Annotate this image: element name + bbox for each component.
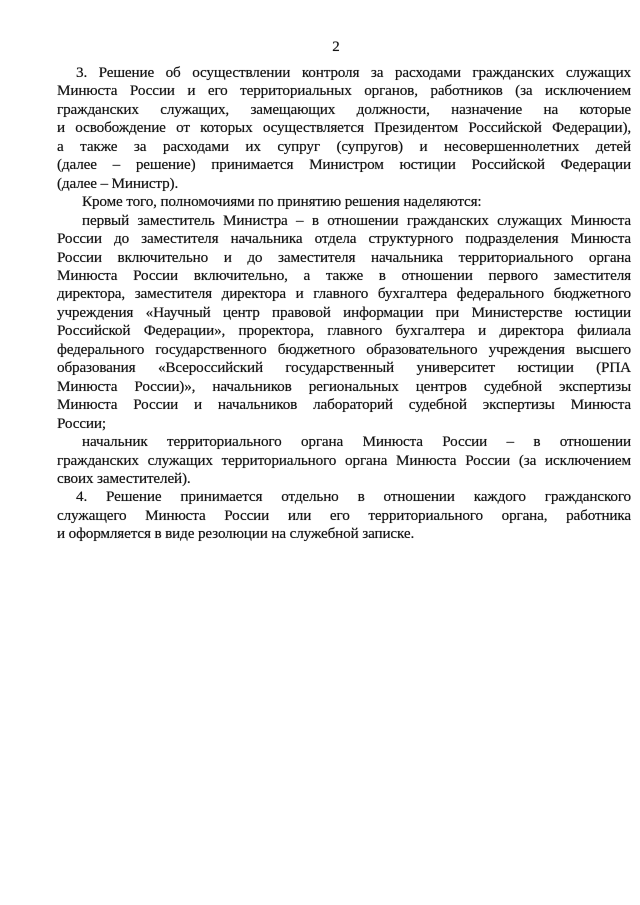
text-line: директора, заместителя директора и главн… [57, 285, 631, 303]
text-line: Кроме того, полномочиями по принятию реш… [57, 193, 631, 211]
text-line: образования «Всероссийский государственн… [57, 359, 631, 377]
text-line: России включительно и до заместителя нач… [57, 249, 631, 267]
page-number: 2 [0, 39, 640, 56]
text-line: гражданских служащих, замещающих должнос… [57, 101, 631, 119]
text-line: первый заместитель Министра – в отношени… [57, 212, 631, 230]
paragraph: Кроме того, полномочиями по принятию реш… [57, 193, 631, 211]
text-line: Минюста России включительно, а также в о… [57, 267, 631, 285]
document-body: 3. Решение об осуществлении контроля за … [57, 64, 631, 544]
text-line: учреждения «Научный центр правовой инфор… [57, 304, 631, 322]
text-line: России до заместителя начальника отдела … [57, 230, 631, 248]
text-line: а также за расходами их супруг (супругов… [57, 138, 631, 156]
paragraph: начальник территориального органа Минюст… [57, 433, 631, 488]
text-line: Минюста России)», начальников региональн… [57, 378, 631, 396]
text-line: Минюста России и начальников лабораторий… [57, 396, 631, 414]
text-line: Российской Федерации», проректора, главн… [57, 322, 631, 340]
text-line: 4. Решение принимается отдельно в отноше… [57, 488, 631, 506]
text-line: своих заместителей). [57, 470, 631, 488]
text-line: федерального государственного бюджетного… [57, 341, 631, 359]
text-line: гражданских служащих территориального ор… [57, 452, 631, 470]
paragraph: 3. Решение об осуществлении контроля за … [57, 64, 631, 193]
paragraph: 4. Решение принимается отдельно в отноше… [57, 488, 631, 543]
text-line: (далее – решение) принимается Министром … [57, 156, 631, 174]
text-line: и оформляется в виде резолюции на служеб… [57, 525, 631, 543]
text-line: служащего Минюста России или его террито… [57, 507, 631, 525]
text-line: и освобождение от которых осуществляется… [57, 119, 631, 137]
document-page: 2 3. Решение об осуществлении контроля з… [0, 0, 640, 905]
text-line: начальник территориального органа Минюст… [57, 433, 631, 451]
text-line: 3. Решение об осуществлении контроля за … [57, 64, 631, 82]
text-line: России; [57, 415, 631, 433]
text-line: Минюста России и его территориальных орг… [57, 82, 631, 100]
paragraph: первый заместитель Министра – в отношени… [57, 212, 631, 433]
text-line: (далее – Министр). [57, 175, 631, 193]
